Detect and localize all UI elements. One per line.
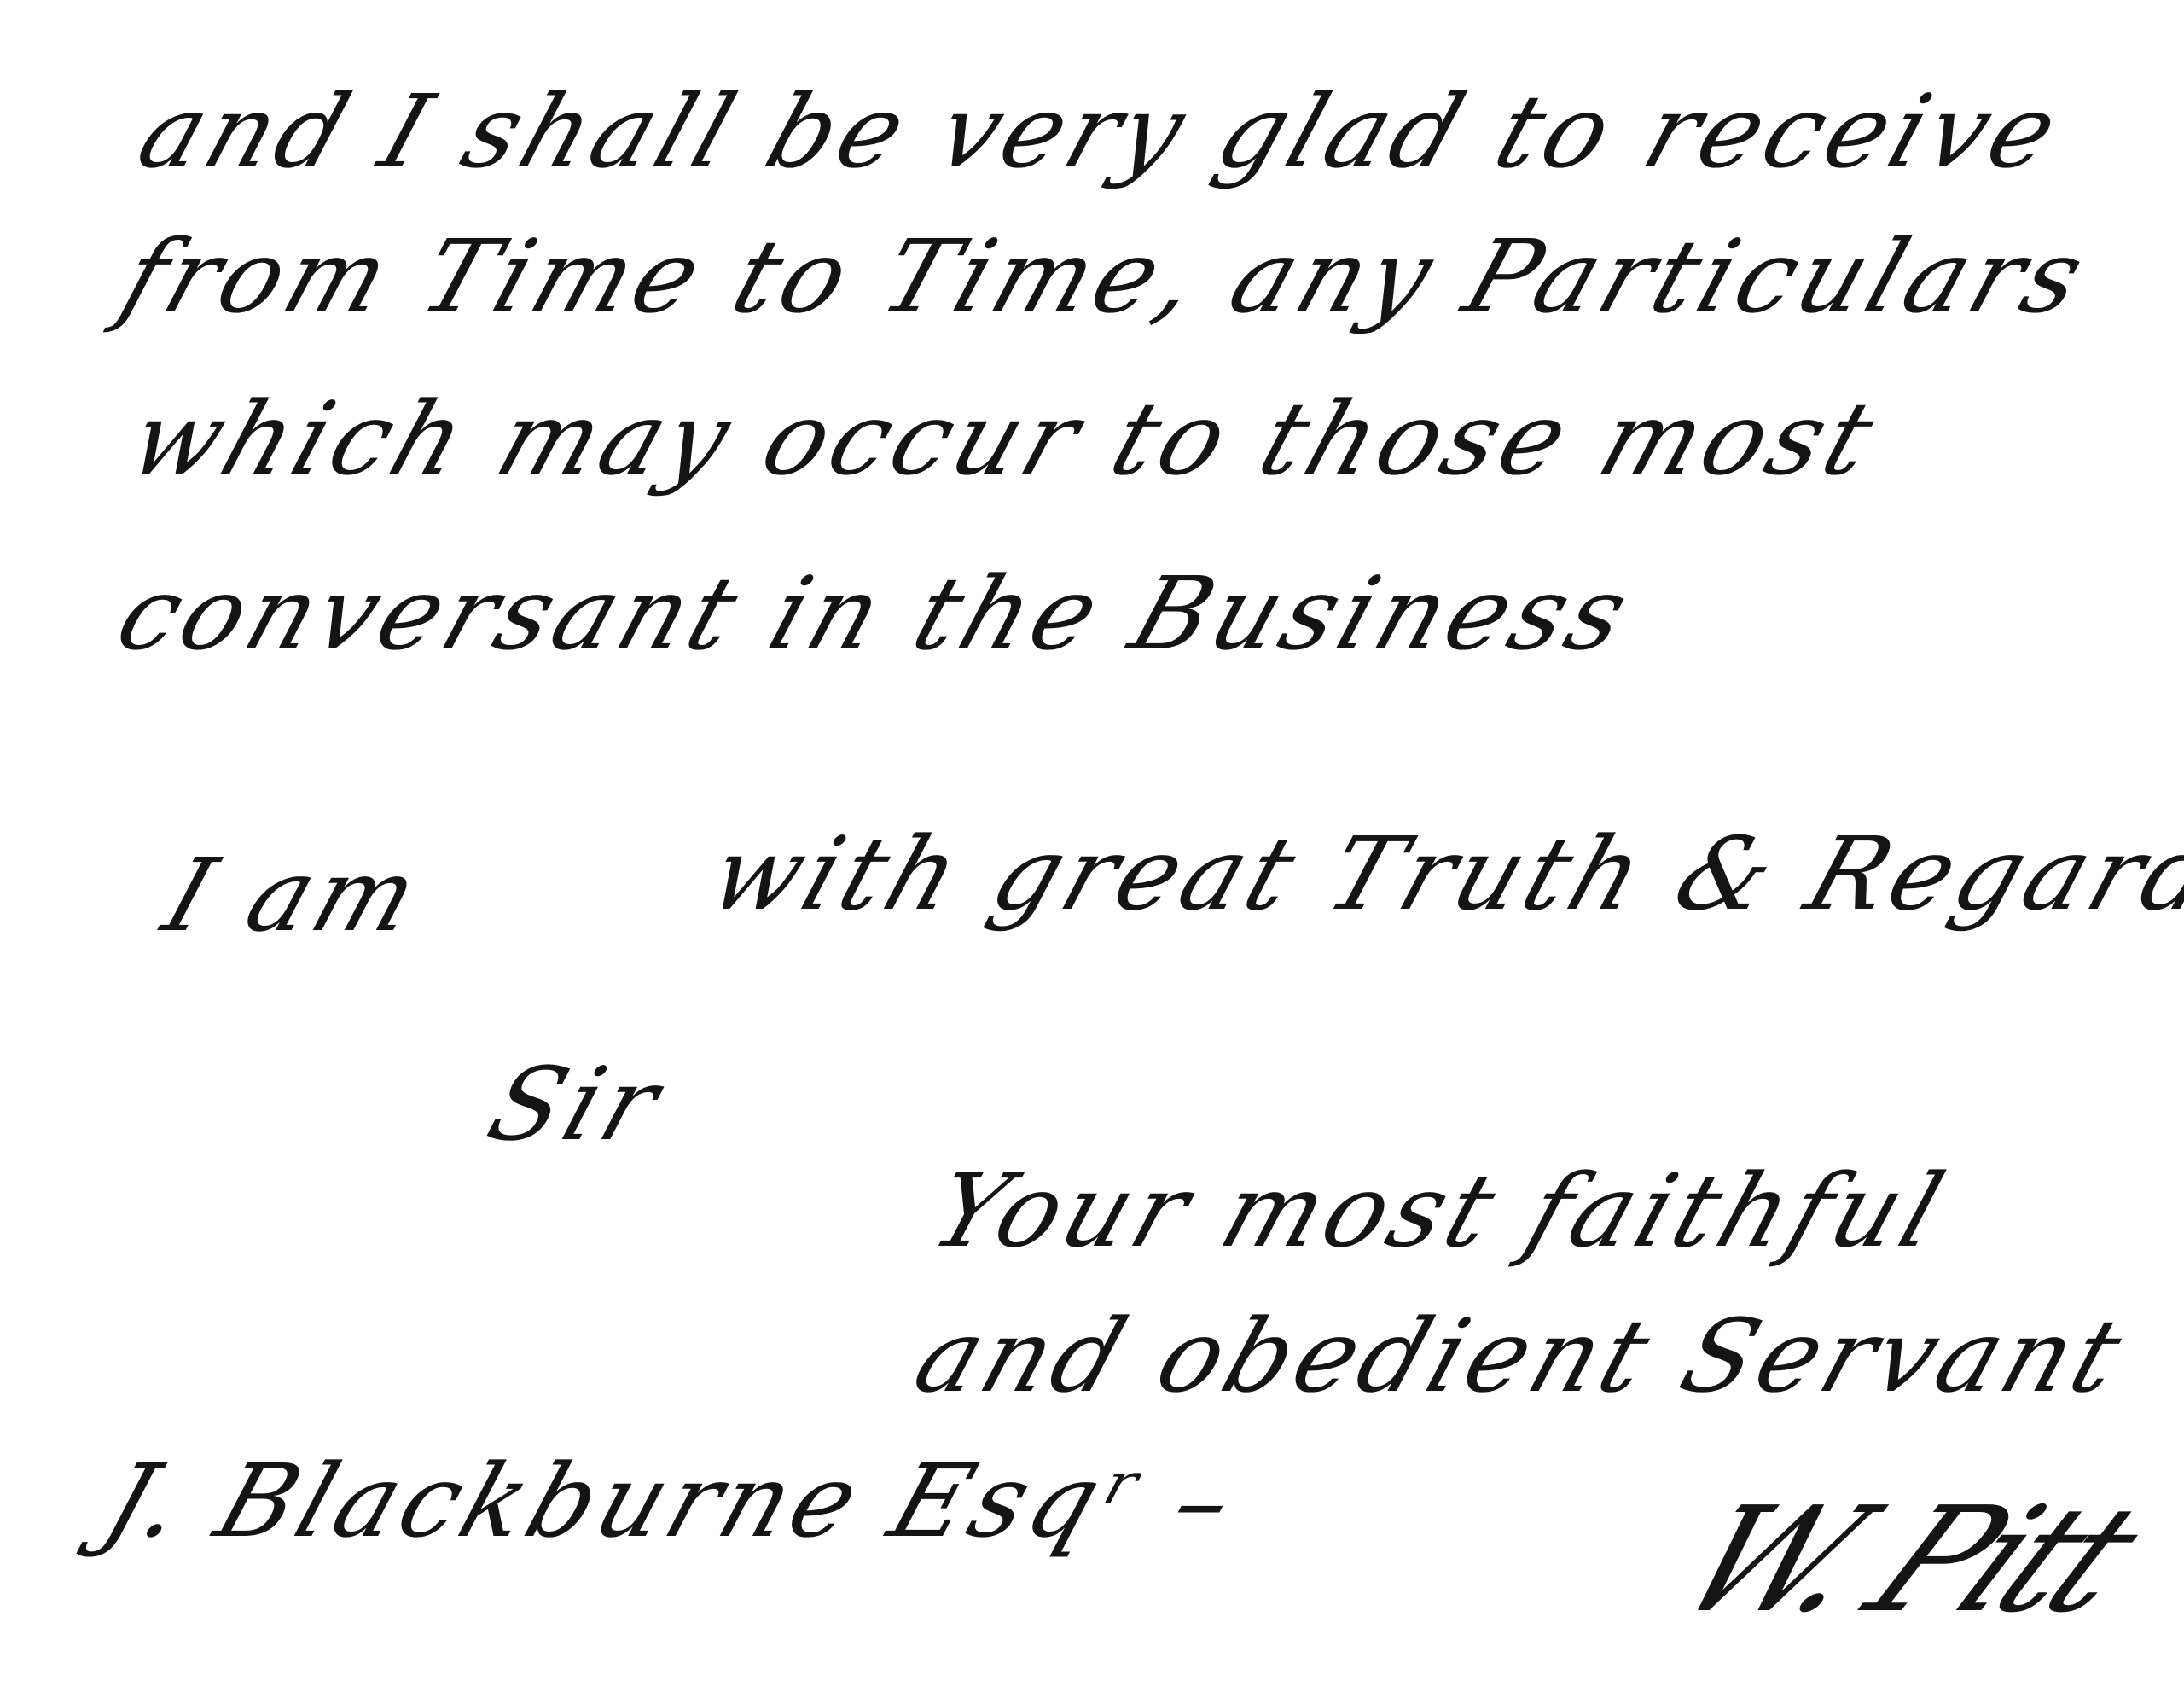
closing-your-most-faithful: Your most faithful [921,1160,1959,1261]
body-line-2: from Time to Time, any Particulars [111,226,2100,327]
body-line-4: conversant in the Business [107,563,1644,664]
addressee: J. Blackburne Esqʳ – [94,1451,1250,1551]
body-line-3: which may occur to those most [119,388,1890,489]
salutation-sir: Sir [478,1054,675,1154]
closing-i-am: I am [154,845,434,945]
letter-page: and I shall be very glad to receive from… [0,0,2184,1692]
closing-with-regard: with great Truth & Regard, [700,823,2184,924]
body-line-1: and I shall be very glad to receive [128,81,2074,182]
closing-obedient-servant: and obedient Servant [904,1305,2138,1406]
signature: W. Pitt [1649,1476,2164,1645]
